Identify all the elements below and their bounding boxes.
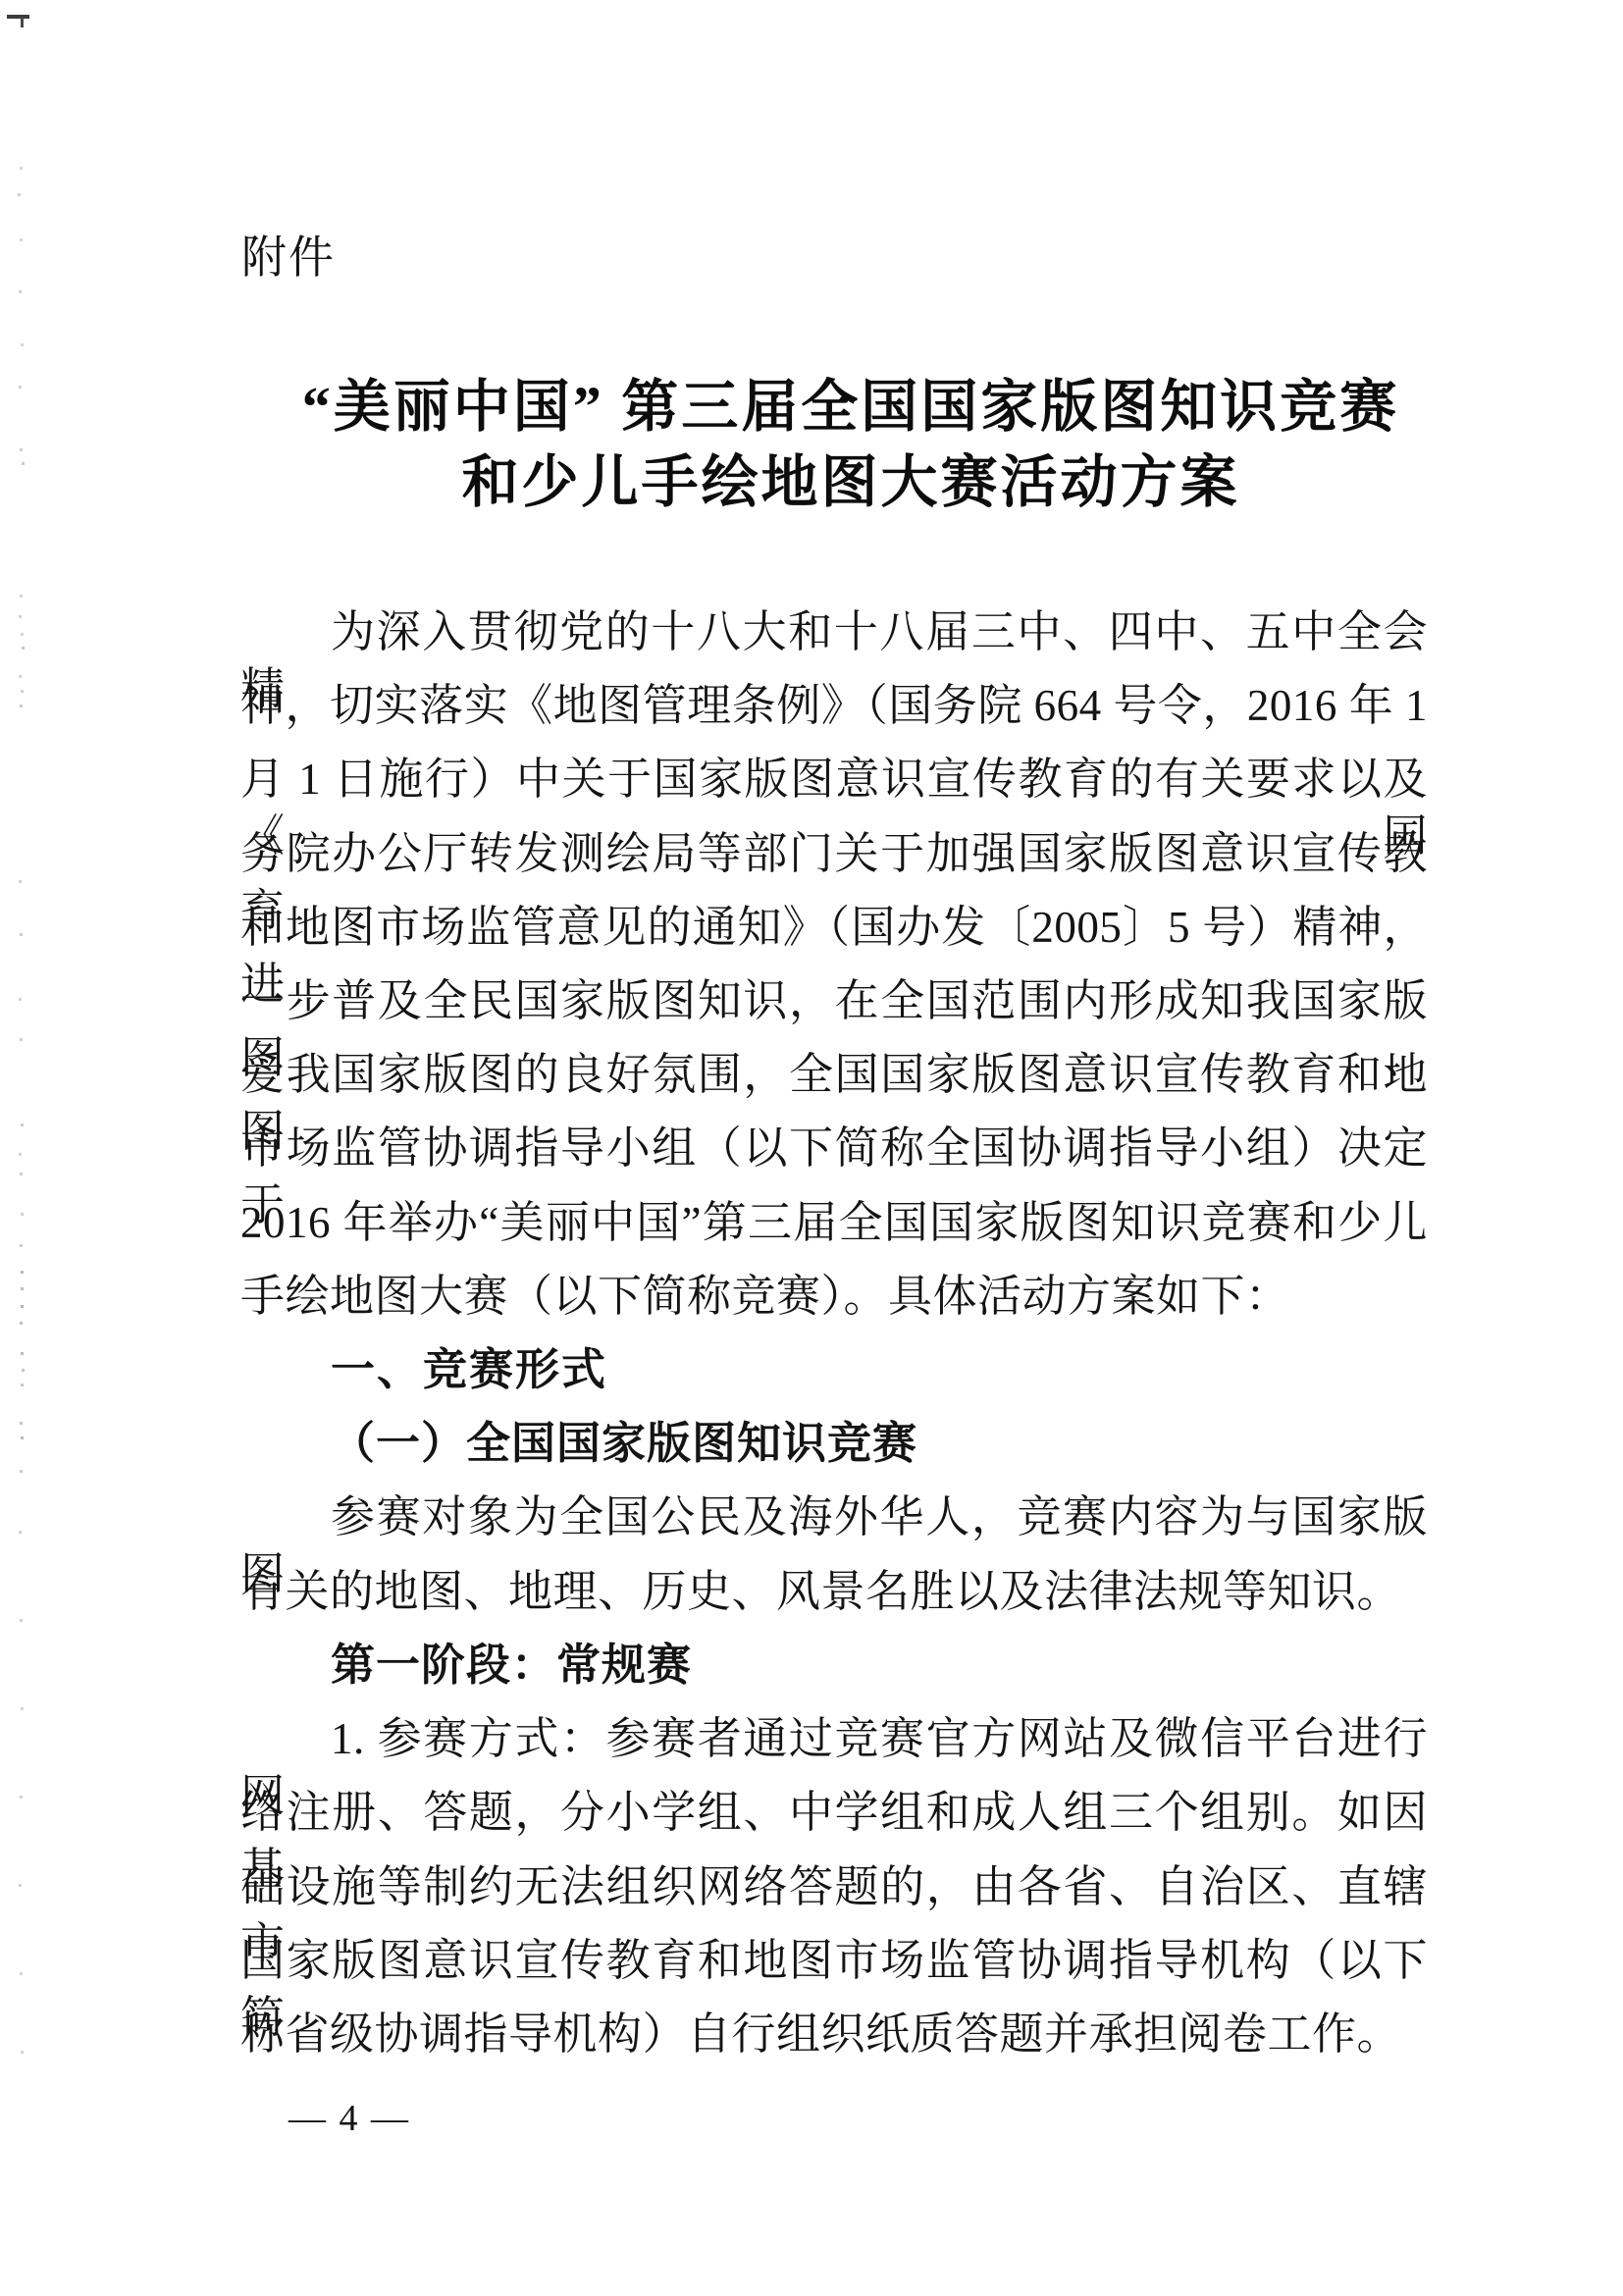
page-number: — 4 —: [234, 2096, 465, 2141]
body-line: 爱我国家版图的良好氛围，全国国家版图意识宣传教育和地图: [240, 1046, 1428, 1109]
body-line: 务院办公厅转发测绘局等部门关于加强国家版图意识宣传教育: [240, 825, 1428, 888]
scan-corner-artifact: [21, 18, 24, 27]
body-line: 络注册、答题，分小学组、中学组和成人组三个组别。如因基: [240, 1784, 1428, 1847]
document-title: “美丽中国” 第三届全国国家版图知识竞赛 和少儿手绘地图大赛活动方案: [257, 369, 1444, 520]
body-line: 有关的地图、地理、历史、风景名胜以及法律法规等知识。: [240, 1563, 1428, 1626]
body-line: 参赛对象为全国公民及海外华人，竞赛内容为与国家版图: [240, 1488, 1428, 1551]
body-line: 称省级协调指导机构）自行组织纸质答题并承担阅卷工作。: [240, 2006, 1428, 2068]
body-line: 和地图市场监管意见的通知》（国办发〔2005〕5 号）精神，进: [240, 899, 1428, 962]
document-title-line-2: 和少儿手绘地图大赛活动方案: [257, 444, 1444, 520]
body-line: 为深入贯彻党的十八大和十八届三中、四中、五中全会精: [240, 603, 1428, 666]
body-line: 一步普及全民国家版图知识，在全国范围内形成知我国家版图、: [240, 972, 1428, 1035]
body-line: 神，切实落实《地图管理条例》（国务院 664 号令，2016 年 1: [240, 677, 1428, 740]
scan-speckles: [0, 0, 3, 3]
body-line: 手绘地图大赛（以下简称竞赛）。具体活动方案如下：: [240, 1268, 1428, 1331]
subsection-heading: （一）全国国家版图知识竞赛: [240, 1415, 1428, 1478]
body-line: 国家版图意识宣传教育和地图市场监管协调指导机构（以下简: [240, 1932, 1428, 1995]
body-line: 市场监管协调指导小组（以下简称全国协调指导小组）决定于: [240, 1120, 1428, 1182]
scan-corner-artifact: [7, 15, 29, 19]
section-heading: 一、竞赛形式: [240, 1341, 1428, 1404]
body-line: 础设施等制约无法组织网络答题的，由各省、自治区、直辖市: [240, 1858, 1428, 1921]
attachment-label: 附件: [241, 229, 336, 287]
document-page: 附件 “美丽中国” 第三届全国国家版图知识竞赛 和少儿手绘地图大赛活动方案 为深…: [0, 0, 1623, 2296]
stage-heading: 第一阶段：常规赛: [240, 1637, 1428, 1699]
document-title-line-1: “美丽中国” 第三届全国国家版图知识竞赛: [257, 369, 1444, 444]
body-line: 月 1 日施行）中关于国家版图意识宣传教育的有关要求以及《国: [240, 751, 1428, 813]
body-line: 2016 年举办“美丽中国”第三届全国国家版图知识竞赛和少儿: [240, 1194, 1428, 1257]
body-line: 1. 参赛方式：参赛者通过竞赛官方网站及微信平台进行网: [240, 1710, 1428, 1773]
